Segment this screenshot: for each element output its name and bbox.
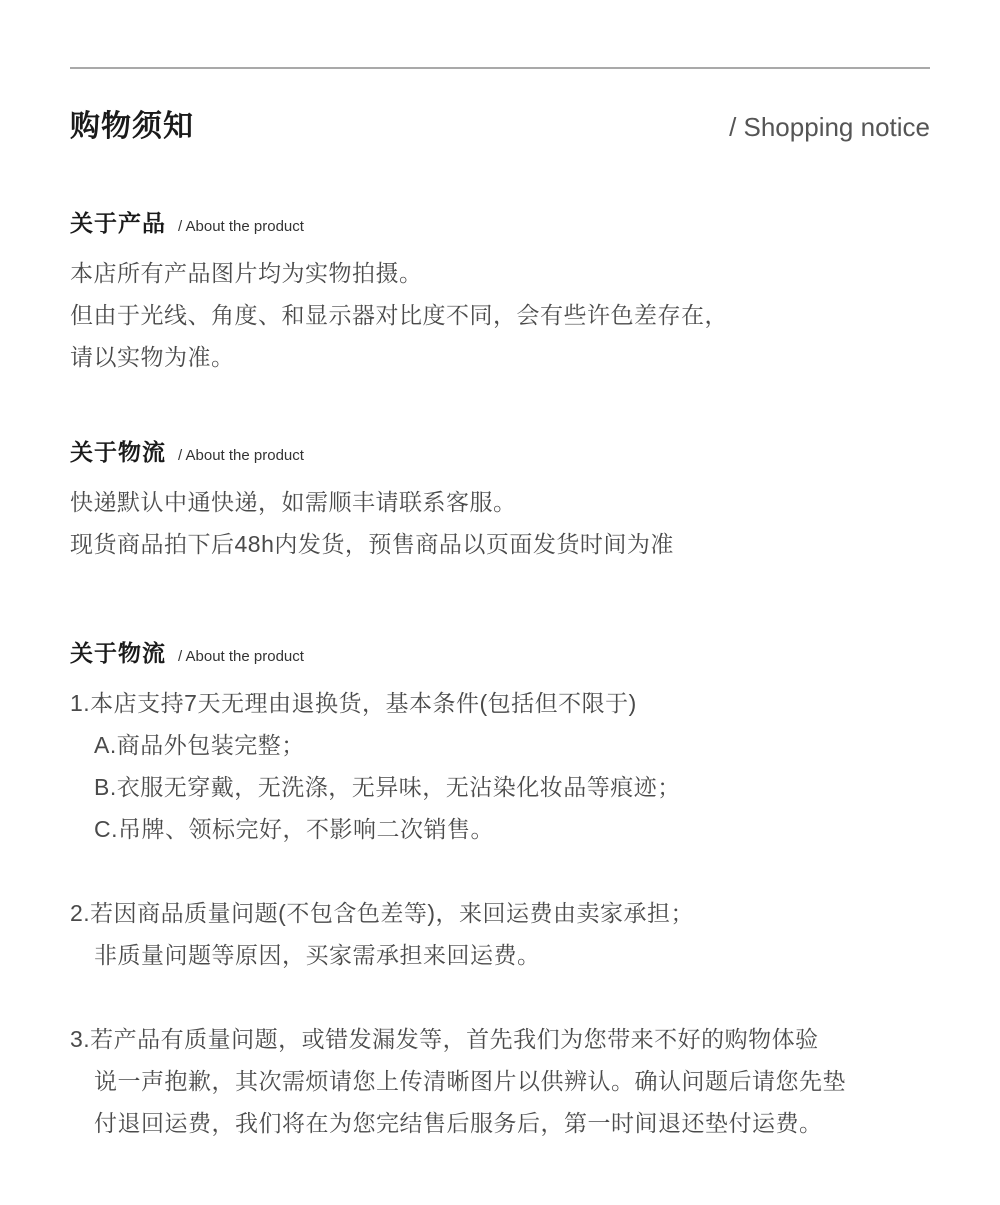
body-line: 现货商品拍下后48h内发货，预售商品以页面发货时间为准 bbox=[70, 523, 930, 565]
body-line: 快递默认中通快递，如需顺丰请联系客服。 bbox=[70, 481, 930, 523]
section-heading-cn: 关于物流 bbox=[70, 434, 166, 467]
page-header: 购物须知 / Shopping notice bbox=[70, 101, 930, 145]
section-heading-en: / About the product bbox=[178, 447, 304, 464]
section-returns: 关于物流 / About the product 1.本店支持7天无理由退换货，… bbox=[70, 635, 930, 1144]
rule-group-2: 2.若因商品质量问题(不包含色差等)，来回运费由卖家承担； 非质量问题等原因，买… bbox=[70, 892, 930, 976]
rule-group-1: 1.本店支持7天无理由退换货，基本条件(包括但不限于) A.商品外包装完整； B… bbox=[70, 682, 930, 850]
section-body: 1.本店支持7天无理由退换货，基本条件(包括但不限于) A.商品外包装完整； B… bbox=[70, 682, 930, 1144]
rule-subline: 付退回运费，我们将在为您完结售后服务后，第一时间退还垫付运费。 bbox=[70, 1102, 930, 1144]
section-body: 快递默认中通快递，如需顺丰请联系客服。 现货商品拍下后48h内发货，预售商品以页… bbox=[70, 481, 930, 565]
section-about-product: 关于产品 / About the product 本店所有产品图片均为实物拍摄。… bbox=[70, 205, 930, 378]
section-heading-en: / About the product bbox=[178, 648, 304, 665]
body-line: 但由于光线、角度、和显示器对比度不同，会有些许色差存在， bbox=[70, 294, 930, 336]
shopping-notice-page: 购物须知 / Shopping notice 关于产品 / About the … bbox=[0, 0, 1000, 1205]
section-heading-cn: 关于物流 bbox=[70, 635, 166, 668]
page-title: 购物须知 bbox=[70, 101, 194, 145]
rule-group-3: 3.若产品有质量问题，或错发漏发等，首先我们为您带来不好的购物体验 说一声抱歉，… bbox=[70, 1018, 930, 1144]
rule-line: 3.若产品有质量问题，或错发漏发等，首先我们为您带来不好的购物体验 bbox=[70, 1018, 930, 1060]
rule-subline: 非质量问题等原因，买家需承担来回运费。 bbox=[70, 934, 930, 976]
rule-subline: A.商品外包装完整； bbox=[70, 724, 930, 766]
section-shipping: 关于物流 / About the product 快递默认中通快递，如需顺丰请联… bbox=[70, 434, 930, 565]
top-divider bbox=[70, 67, 930, 69]
page-subtitle: / Shopping notice bbox=[729, 112, 930, 143]
section-heading: 关于产品 / About the product bbox=[70, 205, 930, 238]
section-heading-cn: 关于产品 bbox=[70, 205, 166, 238]
section-body: 本店所有产品图片均为实物拍摄。 但由于光线、角度、和显示器对比度不同，会有些许色… bbox=[70, 252, 930, 378]
body-line: 本店所有产品图片均为实物拍摄。 bbox=[70, 252, 930, 294]
section-heading: 关于物流 / About the product bbox=[70, 434, 930, 467]
rule-line: 2.若因商品质量问题(不包含色差等)，来回运费由卖家承担； bbox=[70, 892, 930, 934]
rule-subline: 说一声抱歉，其次需烦请您上传清晰图片以供辨认。确认问题后请您先垫 bbox=[70, 1060, 930, 1102]
rule-subline: B.衣服无穿戴，无洗涤，无异味，无沾染化妆品等痕迹； bbox=[70, 766, 930, 808]
section-heading: 关于物流 / About the product bbox=[70, 635, 930, 668]
rule-subline: C.吊牌、领标完好，不影响二次销售。 bbox=[70, 808, 930, 850]
section-heading-en: / About the product bbox=[178, 218, 304, 235]
rule-line: 1.本店支持7天无理由退换货，基本条件(包括但不限于) bbox=[70, 682, 930, 724]
body-line: 请以实物为准。 bbox=[70, 336, 930, 378]
